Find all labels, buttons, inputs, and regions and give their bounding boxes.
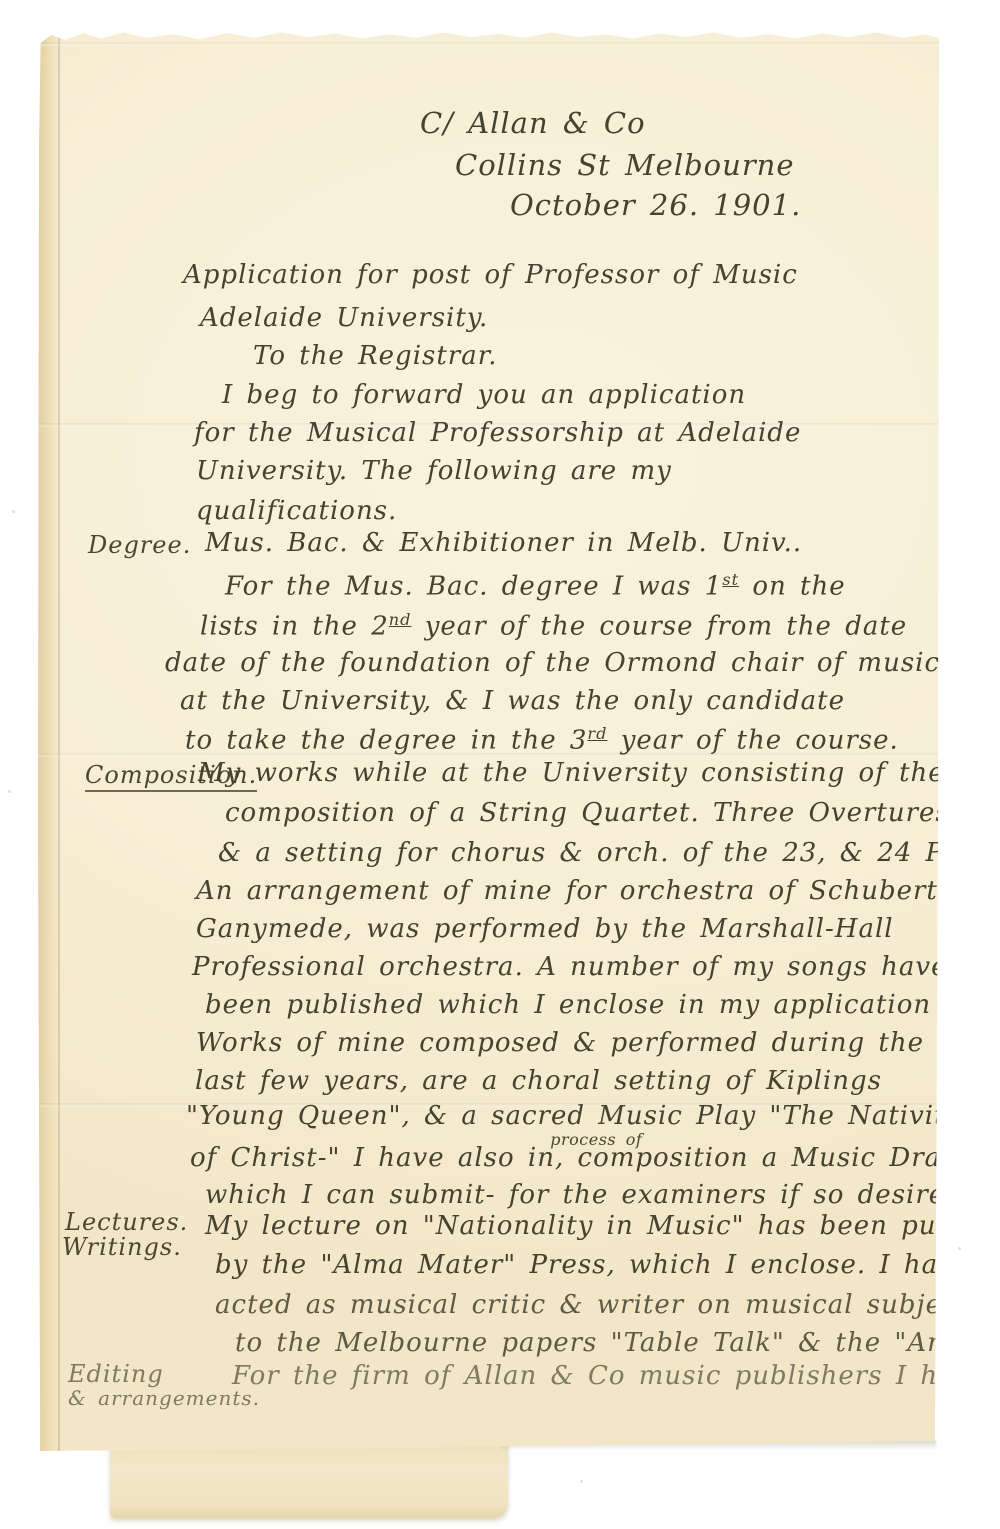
handwritten-line: to take the degree in the 3rd year of th… xyxy=(185,724,899,756)
handwritten-line: I beg to forward you an application xyxy=(222,380,746,410)
line-part: year of the course. xyxy=(607,726,898,756)
ordinal-superscript: nd xyxy=(389,610,412,629)
handwritten-line: To the Registrar. xyxy=(253,341,498,371)
sender-address: Collins St Melbourne xyxy=(455,148,795,182)
handwritten-line: Ganymede, was performed by the Marshall-… xyxy=(196,914,894,944)
inserted-words: process of xyxy=(550,1130,642,1149)
margin-label-editing: Editing xyxy=(68,1360,164,1388)
handwritten-line: My lecture on "Nationality in Music" has… xyxy=(205,1211,1000,1241)
line-part: For the Mus. Bac. degree I was 1 xyxy=(225,572,722,602)
ordinal-superscript: st xyxy=(722,570,739,589)
handwritten-line: been published which I enclose in my app… xyxy=(205,990,931,1020)
sender-company: C/ Allan & Co xyxy=(420,106,646,140)
line-part: of Christ-" I have also in, xyxy=(190,1143,564,1173)
handwritten-line: Professional orchestra. A number of my s… xyxy=(192,952,947,982)
folded-under-sheet xyxy=(110,1438,508,1518)
line-part: to take the degree in the 3 xyxy=(185,726,587,756)
handwritten-line: composition of a String Quartet. Three O… xyxy=(225,798,950,828)
handwritten-line: "Young Queen", & a sacred Music Play "Th… xyxy=(186,1101,961,1131)
ordinal-superscript: rd xyxy=(587,724,607,743)
handwritten-line: My works while at the University consist… xyxy=(198,758,945,788)
handwritten-line: An arrangement of mine for orchestra of … xyxy=(196,876,960,906)
handwritten-line: by the "Alma Mater" Press, which I enclo… xyxy=(215,1250,970,1280)
dust-speck xyxy=(958,1247,961,1250)
margin-label-degree: Degree. xyxy=(88,531,191,559)
dust-speck xyxy=(12,510,15,513)
letter-page: C/ Allan & Co Collins St Melbourne Octob… xyxy=(38,30,939,1451)
handwritten-line: Works of mine composed & performed durin… xyxy=(196,1028,924,1058)
handwritten-line: of Christ-" I have also in,process of co… xyxy=(190,1140,983,1173)
handwritten-line: lists in the 2nd year of the course from… xyxy=(200,610,907,642)
line-part: lists in the 2 xyxy=(200,612,389,642)
handwritten-line: For the firm of Allan & Co music publish… xyxy=(232,1361,987,1391)
left-fold-line xyxy=(58,30,60,1451)
fold-crease xyxy=(38,42,939,46)
handwritten-line: University. The following are my xyxy=(196,456,672,486)
handwritten-line: Application for post of Professor of Mus… xyxy=(183,260,798,290)
handwritten-line: acted as musical critic & writer on musi… xyxy=(215,1290,983,1320)
handwritten-line: at the University, & I was the only cand… xyxy=(180,686,845,716)
photo-background: { "colors":{ "background":"#ffffff", "pa… xyxy=(0,0,1000,1529)
line-part: year of the course from the date xyxy=(411,612,907,642)
handwritten-line: qualifications. xyxy=(196,496,397,526)
dust-speck xyxy=(580,1480,583,1483)
handwritten-line: Adelaide University. xyxy=(200,303,488,333)
handwritten-line: last few years, are a choral setting of … xyxy=(195,1066,882,1096)
handwritten-line: for the Musical Professorship at Adelaid… xyxy=(194,418,801,448)
margin-label-writings: Writings. xyxy=(62,1233,182,1261)
handwritten-line: & a setting for chorus & orch. of the 23… xyxy=(218,838,1000,868)
margin-label-lectures: Lectures. xyxy=(65,1208,188,1236)
left-fold-edge xyxy=(38,30,60,1451)
handwritten-line: date of the foundation of the Ormond cha… xyxy=(165,648,940,678)
letter-date: October 26. 1901. xyxy=(510,188,801,222)
handwritten-line: which I can submit- for the examiners if… xyxy=(205,1180,972,1210)
line-part: on the xyxy=(739,572,846,602)
dust-speck xyxy=(8,790,11,793)
handwritten-line: Mus. Bac. & Exhibitioner in Melb. Univ.. xyxy=(205,528,802,558)
handwritten-line: For the Mus. Bac. degree I was 1st on th… xyxy=(225,570,846,602)
handwritten-line: to the Melbourne papers "Table Talk" & t… xyxy=(235,1328,1000,1358)
